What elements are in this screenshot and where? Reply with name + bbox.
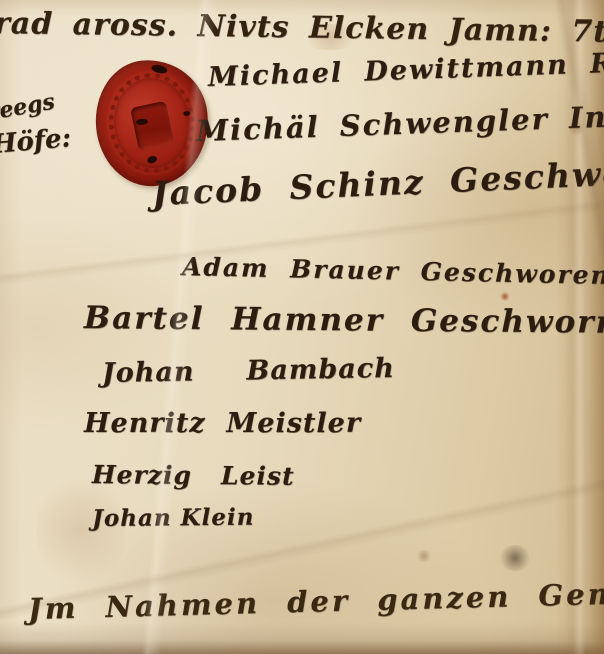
handwriting-signature: Bartel Hamner Geschworner	[84, 300, 604, 341]
margin-fragment: reegs	[0, 89, 57, 126]
handwriting-signature: Michäl Schwengler Inwohner	[195, 95, 604, 148]
handwriting-signature: Adam Brauer Geschworener	[182, 252, 604, 291]
margin-fragment: Höfe:	[0, 123, 72, 160]
scanner-background: reegs Höfe: rad aross. Nivts Elcken Jamn…	[0, 0, 604, 654]
paper-stain	[498, 545, 532, 571]
ink-stain	[500, 292, 510, 301]
handwriting-signature: Michael Dewittmann Richter	[207, 44, 604, 93]
handwriting-signature: Herzig Leist	[92, 460, 295, 491]
handwriting-signature: Jacob Schinz Geschworner	[151, 149, 604, 212]
handwriting-closing-line: Jm Nahmen der ganzen Gemeinde	[28, 574, 604, 626]
handwriting-signature: Johan Bambach	[102, 353, 395, 389]
handwriting-signature: Henritz Meistler	[84, 408, 361, 439]
document-page: reegs Höfe: rad aross. Nivts Elcken Jamn…	[0, 0, 604, 654]
handwriting-signature: Johan Klein	[92, 504, 255, 532]
document-page-wrap: reegs Höfe: rad aross. Nivts Elcken Jamn…	[0, 0, 604, 654]
handwriting-date-line: rad aross. Nivts Elcken Jamn: 7ten 1846.	[0, 6, 604, 52]
paper-stain	[416, 550, 432, 562]
